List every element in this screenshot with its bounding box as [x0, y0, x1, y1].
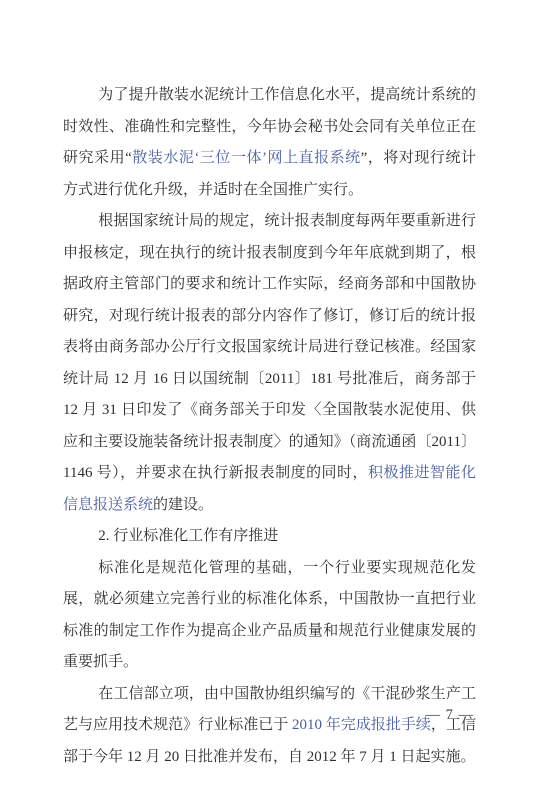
section-heading-standardization: 2. 行业标准化工作有序推进 — [63, 521, 476, 553]
paragraph-text: 的建设。 — [153, 497, 213, 513]
highlighted-phrase-approval-2010: 2010 年完成报批手续 — [292, 717, 431, 733]
document-body: 为了提升散装水泥统计工作信息化水平，提高统计系统的时效性、准确性和完整性，今年协… — [63, 80, 476, 773]
paragraph-report-system-revision: 根据国家统计局的规定，统计报表制度每两年要重新进行申报核定，现在执行的统计报表制… — [63, 206, 476, 521]
paragraph-statistics-system: 为了提升散装水泥统计工作信息化水平，提高统计系统的时效性、准确性和完整性，今年协… — [63, 80, 476, 206]
paragraph-text: 根据国家统计局的规定，统计报表制度每两年要重新进行申报核定，现在执行的统计报表制… — [63, 213, 476, 481]
section-heading-text: 2. 行业标准化工作有序推进 — [98, 528, 278, 544]
paragraph-industry-standard-release: 在工信部立项，由中国散协组织编写的《干混砂浆生产工艺与应用技术规范》行业标准已于… — [63, 679, 476, 774]
paragraph-standardization-basis: 标准化是规范化管理的基础，一个行业要实现规范化发展，就必须建立完善行业的标准化体… — [63, 553, 476, 679]
paragraph-text: 标准化是规范化管理的基础，一个行业要实现规范化发展，就必须建立完善行业的标准化体… — [63, 560, 476, 671]
highlighted-phrase-online-reporting-system: 散装水泥‘三位一体’网上直报系统 — [132, 150, 361, 166]
page-number: — 7 — — [426, 703, 475, 727]
document-page: 为了提升散装水泥统计工作信息化水平，提高统计系统的时效性、准确性和完整性，今年协… — [0, 0, 560, 800]
